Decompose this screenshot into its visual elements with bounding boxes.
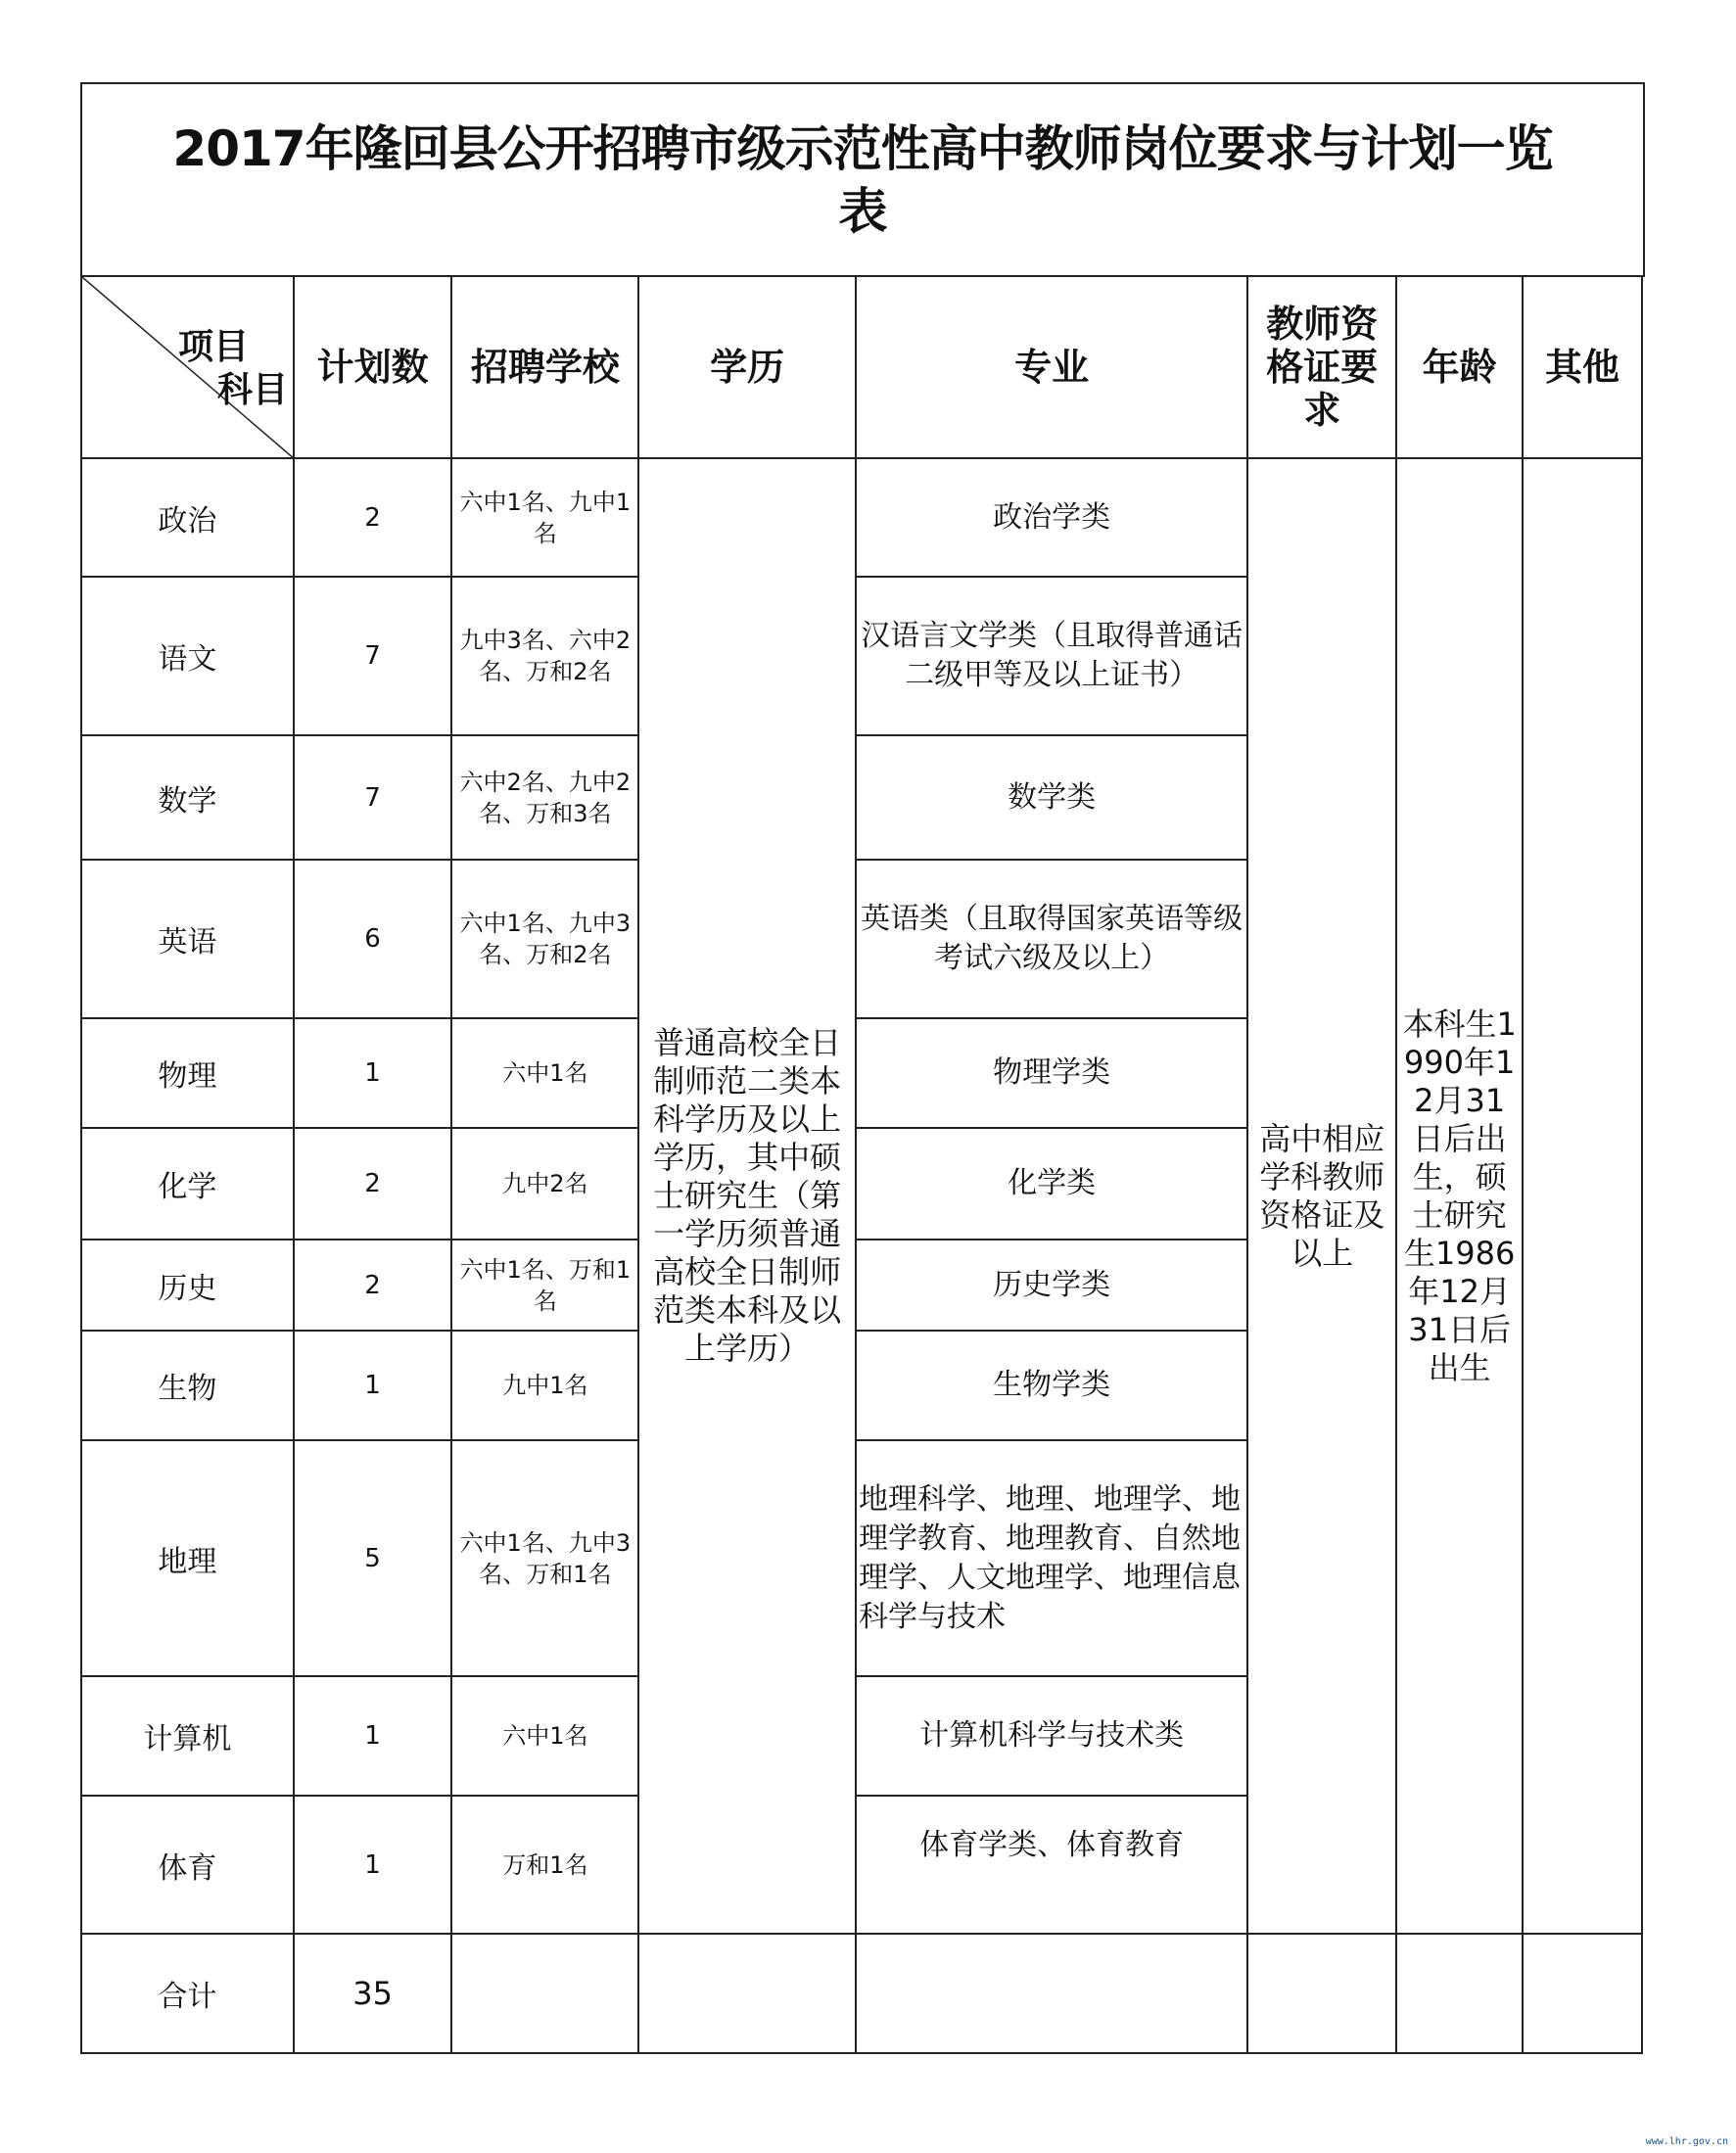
major-cell: 数学类 <box>856 735 1247 860</box>
major-cell: 汉语言文学类（且取得普通话二级甲等及以上证书） <box>856 577 1247 735</box>
total-empty-cell <box>1396 1934 1523 2053</box>
major-cell: 体育学类、体育教育 <box>856 1796 1247 1934</box>
age-requirement-cell: 本科生1990年12月31日后出生，硕士研究生1986年12月31日后出生 <box>1396 458 1523 1934</box>
certificate-requirement-cell: 高中相应学科教师资格证及以上 <box>1247 458 1396 1934</box>
major-cell: 历史学类 <box>856 1240 1247 1331</box>
major-cell: 英语类（且取得国家英语等级考试六级及以上） <box>856 860 1247 1018</box>
major-cell: 计算机科学与技术类 <box>856 1676 1247 1796</box>
subject-cell: 生物 <box>81 1331 294 1440</box>
subject-cell: 地理 <box>81 1440 294 1676</box>
major-cell: 生物学类 <box>856 1331 1247 1440</box>
title-cell: 2017年隆回县公开招聘市级示范性高中教师岗位要求与计划一览表 <box>80 82 1645 277</box>
other-cell <box>1523 458 1642 1934</box>
school-cell: 六中1名、九中3名、万和1名 <box>451 1440 638 1676</box>
major-cell: 地理科学、地理、地理学、地理学教育、地理教育、自然地理学、人文地理学、地理信息科… <box>856 1440 1247 1676</box>
header-education: 学历 <box>638 276 856 458</box>
header-item-label: 项目 <box>178 326 249 369</box>
major-cell: 化学类 <box>856 1128 1247 1240</box>
header-corner-cell: 项目 科目 <box>81 276 294 458</box>
recruitment-table: 项目 科目 计划数 招聘学校 学历 专业 教师资格证要求 年龄 其他 政治 2 … <box>80 275 1643 2054</box>
recruitment-sheet: 2017年隆回县公开招聘市级示范性高中教师岗位要求与计划一览表 项目 科目 计划… <box>80 82 1643 2053</box>
header-school: 招聘学校 <box>451 276 638 458</box>
school-cell: 六中1名、九中3名、万和2名 <box>451 860 638 1018</box>
plan-cell: 2 <box>294 1128 452 1240</box>
plan-cell: 1 <box>294 1796 452 1934</box>
total-label: 合计 <box>81 1934 294 2053</box>
subject-cell: 历史 <box>81 1240 294 1331</box>
watermark: www.lhr.gov.cn <box>1646 2136 1728 2147</box>
header-age: 年龄 <box>1396 276 1523 458</box>
total-row: 合计 35 <box>81 1934 1642 2053</box>
education-requirement-cell: 普通高校全日制师范二类本科学历及以上学历，其中硕士研究生（第一学历须普通高校全日… <box>638 458 856 1934</box>
header-subject-label: 科目 <box>217 369 288 412</box>
major-cell: 物理学类 <box>856 1018 1247 1128</box>
header-major: 专业 <box>856 276 1247 458</box>
subject-cell: 物理 <box>81 1018 294 1128</box>
plan-cell: 2 <box>294 458 452 577</box>
plan-cell: 7 <box>294 577 452 735</box>
school-cell: 六中1名 <box>451 1676 638 1796</box>
subject-cell: 化学 <box>81 1128 294 1240</box>
header-row: 项目 科目 计划数 招聘学校 学历 专业 教师资格证要求 年龄 其他 <box>81 276 1642 458</box>
subject-cell: 数学 <box>81 735 294 860</box>
header-other: 其他 <box>1523 276 1642 458</box>
school-cell: 六中1名、万和1名 <box>451 1240 638 1331</box>
school-cell: 六中1名、九中1名 <box>451 458 638 577</box>
total-empty-cell <box>638 1934 856 2053</box>
plan-cell: 6 <box>294 860 452 1018</box>
plan-cell: 2 <box>294 1240 452 1331</box>
total-empty-cell <box>451 1934 638 2053</box>
total-empty-cell <box>1247 1934 1396 2053</box>
total-plan: 35 <box>294 1934 452 2053</box>
total-empty-cell <box>856 1934 1247 2053</box>
school-cell: 九中1名 <box>451 1331 638 1440</box>
major-cell: 政治学类 <box>856 458 1247 577</box>
total-empty-cell <box>1523 1934 1642 2053</box>
school-cell: 六中1名 <box>451 1018 638 1128</box>
table-row: 政治 2 六中1名、九中1名 普通高校全日制师范二类本科学历及以上学历，其中硕士… <box>81 458 1642 577</box>
plan-cell: 7 <box>294 735 452 860</box>
plan-cell: 1 <box>294 1331 452 1440</box>
subject-cell: 政治 <box>81 458 294 577</box>
document-title: 2017年隆回县公开招聘市级示范性高中教师岗位要求与计划一览表 <box>153 117 1572 243</box>
subject-cell: 语文 <box>81 577 294 735</box>
header-plan: 计划数 <box>294 276 452 458</box>
subject-cell: 体育 <box>81 1796 294 1934</box>
plan-cell: 1 <box>294 1676 452 1796</box>
school-cell: 九中2名 <box>451 1128 638 1240</box>
subject-cell: 计算机 <box>81 1676 294 1796</box>
school-cell: 六中2名、九中2名、万和3名 <box>451 735 638 860</box>
header-certificate: 教师资格证要求 <box>1247 276 1396 458</box>
school-cell: 万和1名 <box>451 1796 638 1934</box>
plan-cell: 5 <box>294 1440 452 1676</box>
subject-cell: 英语 <box>81 860 294 1018</box>
plan-cell: 1 <box>294 1018 452 1128</box>
school-cell: 九中3名、六中2名、万和2名 <box>451 577 638 735</box>
